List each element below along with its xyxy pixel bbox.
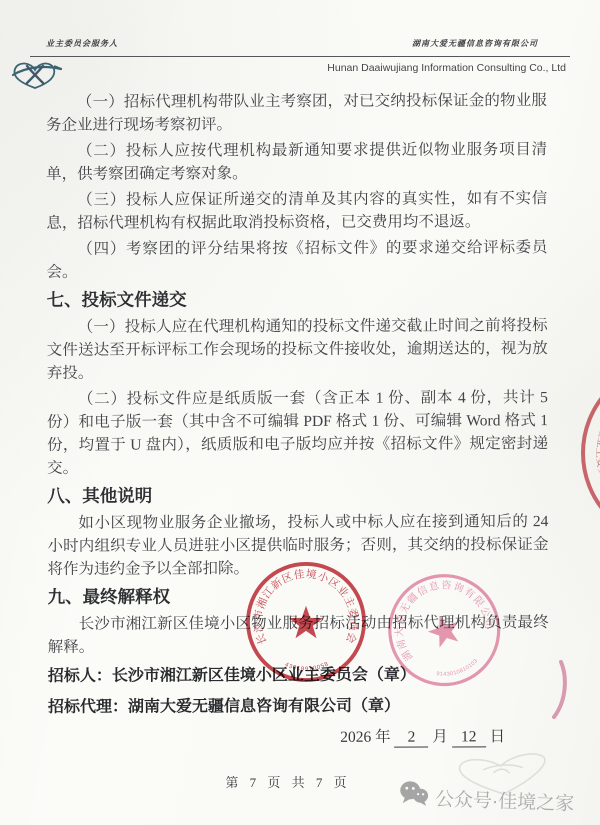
paragraph: 长沙市湘江新区佳境小区物业服务招标活动由招标代理机构负责最终解释。 [48,611,549,659]
paragraph: （二）投标人应按代理机构最新通知要求提供近似物业服务项目清单，供考察团确定考察对… [46,138,547,186]
wechat-watermark: 公众号·佳境之家 [398,780,574,818]
heart-swoosh-logo-icon [10,58,64,95]
date-month-label: 月 [432,728,448,745]
paragraph: （三）投标人应保证所递交的清单及其内容的真实性，如有不实信息，招标代理机构有权据… [46,187,547,235]
header-left-label: 业主委员会服务人 [46,38,118,49]
agent-signature-line: 招标代理：湖南大爱无疆信息咨询有限公司（章） [48,692,549,721]
watermark-text: 公众号·佳境之家 [434,784,574,816]
date-day-label: 日 [490,728,506,745]
date-year: 2026 [340,729,371,746]
paragraph: （四）考察团的评分结果将按《招标文件》的要求递交给评标委员会。 [46,236,547,284]
header-divider [30,56,570,57]
scanned-document-page: 业主委员会服务人 湖南大爱无疆信息咨询有限公司 Hunan Daaiwujian… [0,0,600,825]
section-heading-9: 九、最终解释权 [48,582,549,610]
date-day: 12 [452,728,486,747]
header-company-en: Hunan Daaiwujiang Information Consulting… [327,62,566,74]
seal-ring-text: 区业主委员会 [558,388,600,481]
date-month: 2 [394,729,428,748]
document-body: （一）招标代理机构带队业主考察团，对已交纳投标保证金的物业服务企业进行现场考察初… [46,89,549,749]
date-line: 2026 年 2 月 12 日 [48,724,549,749]
seal-arc-mark [548,660,570,725]
header-company-cn: 湖南大爱无疆信息咨询有限公司 [412,38,538,49]
paragraph: （二）投标文件应是纸质版一套（含正本 1 份、副本 4 份，共计 5 份）和电子… [47,386,548,480]
section-heading-7: 七、投标文件递交 [47,285,548,313]
paragraph: （一）招标代理机构带队业主考察团，对已交纳投标保证金的物业服务企业进行现场考察初… [46,89,547,137]
paragraph: 如小区现物业服务企业撤场，投标人或中标人应在接到通知后的 24 小时内组织专业人… [47,510,548,581]
section-heading-8: 八、其他说明 [47,481,548,509]
date-year-label: 年 [375,729,391,746]
paragraph: （一）投标人应在代理机构通知的投标文件递交截止时间之前将投标文件送达至开标评标工… [47,314,548,385]
svg-text:区业主委员会: 区业主委员会 [558,388,600,481]
wechat-icon [398,780,429,813]
tenderer-signature-line: 招标人：长沙市湘江新区佳境小区业主委员会（章） [48,661,549,690]
edge-seal-fragment: 区业主委员会 [558,388,600,523]
